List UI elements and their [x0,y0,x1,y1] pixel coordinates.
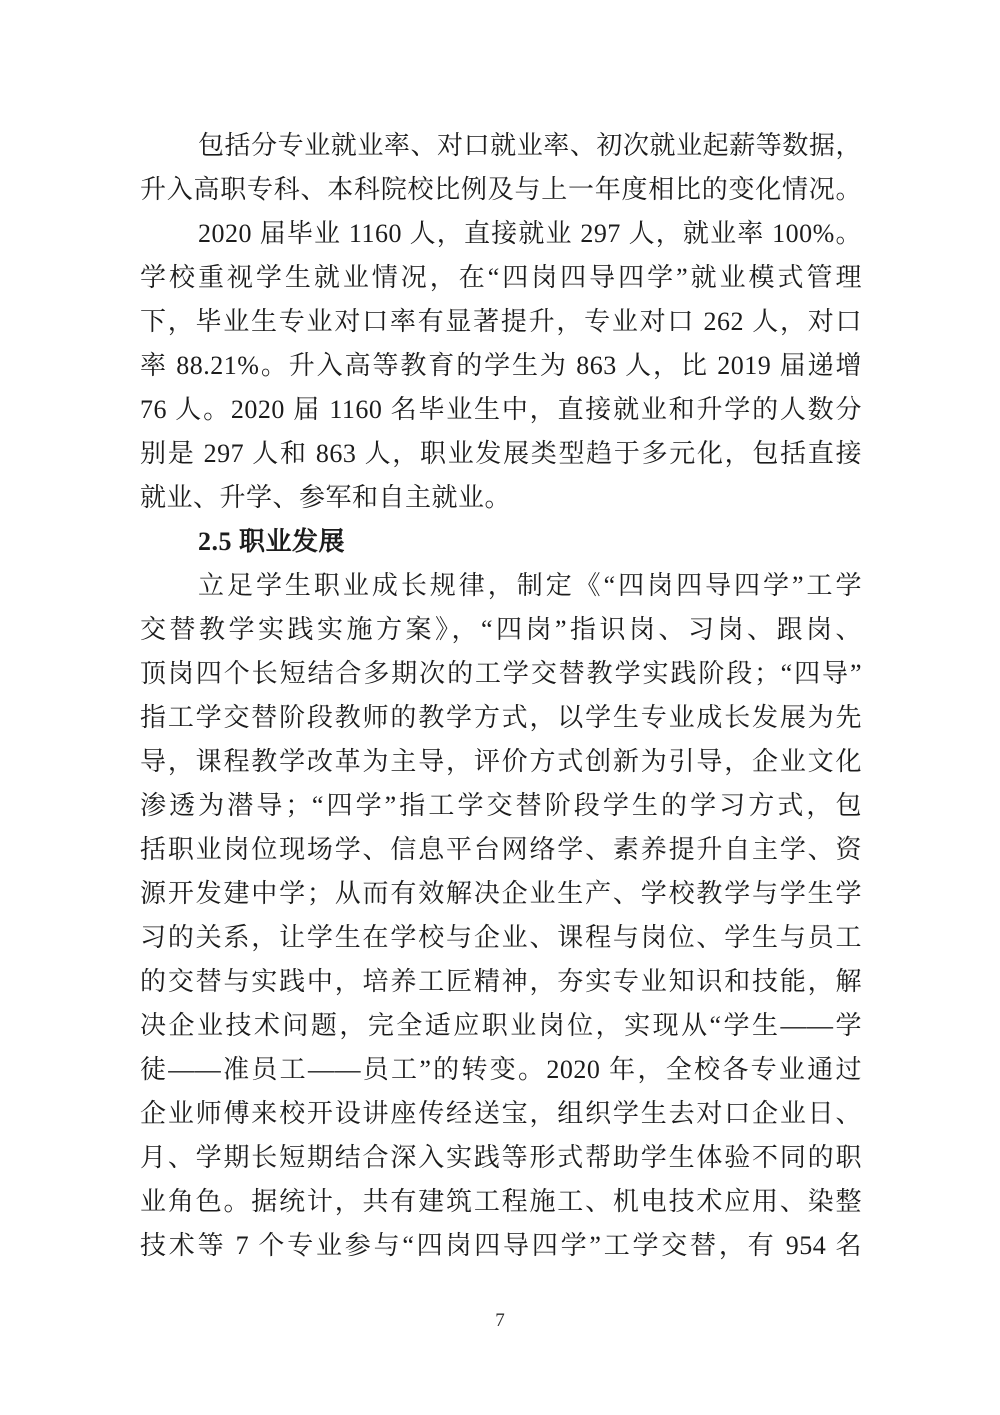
document-body: 包括分专业就业率、对口就业率、初次就业起薪等数据，升入高职专科、本科院校比例及与… [140,124,862,1268]
text-line: 升入高职专科、本科院校比例及与上一年度相比的变化情况。 [140,168,862,212]
text-line: 交替教学实践实施方案》，“四岗”指识岗、习岗、跟岗、 [140,608,862,652]
text-line: 渗透为潜导；“四学”指工学交替阶段学生的学习方式，包 [140,784,862,828]
text-line: 立足学生职业成长规律，制定《“四岗四导四学”工学 [140,564,862,608]
text-line: 率 88.21%。升入高等教育的学生为 863 人，比 2019 届递增 [140,344,862,388]
text-line: 企业师傅来校开设讲座传经送宝，组织学生去对口企业日、 [140,1092,862,1136]
text-line: 学校重视学生就业情况，在“四岗四导四学”就业模式管理 [140,256,862,300]
text-line: 习的关系，让学生在学校与企业、课程与岗位、学生与员工 [140,916,862,960]
text-line: 括职业岗位现场学、信息平台网络学、素养提升自主学、资 [140,828,862,872]
text-line: 决企业技术问题，完全适应职业岗位，实现从“学生——学 [140,1004,862,1048]
page-number: 7 [0,1308,1000,1334]
text-line: 76 人。2020 届 1160 名毕业生中，直接就业和升学的人数分 [140,388,862,432]
text-line: 2020 届毕业 1160 人，直接就业 297 人，就业率 100%。 [140,212,862,256]
text-line: 业角色。据统计，共有建筑工程施工、机电技术应用、染整 [140,1180,862,1224]
section-heading: 2.5 职业发展 [140,520,862,564]
document-page: 包括分专业就业率、对口就业率、初次就业起薪等数据，升入高职专科、本科院校比例及与… [0,0,1000,1415]
text-lines: 包括分专业就业率、对口就业率、初次就业起薪等数据，升入高职专科、本科院校比例及与… [140,124,862,1268]
text-line: 包括分专业就业率、对口就业率、初次就业起薪等数据， [140,124,862,168]
text-line: 技术等 7 个专业参与“四岗四导四学”工学交替，有 954 名 [140,1224,862,1268]
text-line: 下，毕业生专业对口率有显著提升，专业对口 262 人，对口 [140,300,862,344]
text-line: 指工学交替阶段教师的教学方式，以学生专业成长发展为先 [140,696,862,740]
text-line: 的交替与实践中，培养工匠精神，夯实专业知识和技能，解 [140,960,862,1004]
text-line: 顶岗四个长短结合多期次的工学交替教学实践阶段；“四导” [140,652,862,696]
text-line: 就业、升学、参军和自主就业。 [140,476,862,520]
text-line: 源开发建中学；从而有效解决企业生产、学校教学与学生学 [140,872,862,916]
text-line: 徒——准员工——员工”的转变。2020 年，全校各专业通过 [140,1048,862,1092]
text-line: 别是 297 人和 863 人，职业发展类型趋于多元化，包括直接 [140,432,862,476]
text-line: 月、学期长短期结合深入实践等形式帮助学生体验不同的职 [140,1136,862,1180]
text-line: 导，课程教学改革为主导，评价方式创新为引导，企业文化 [140,740,862,784]
